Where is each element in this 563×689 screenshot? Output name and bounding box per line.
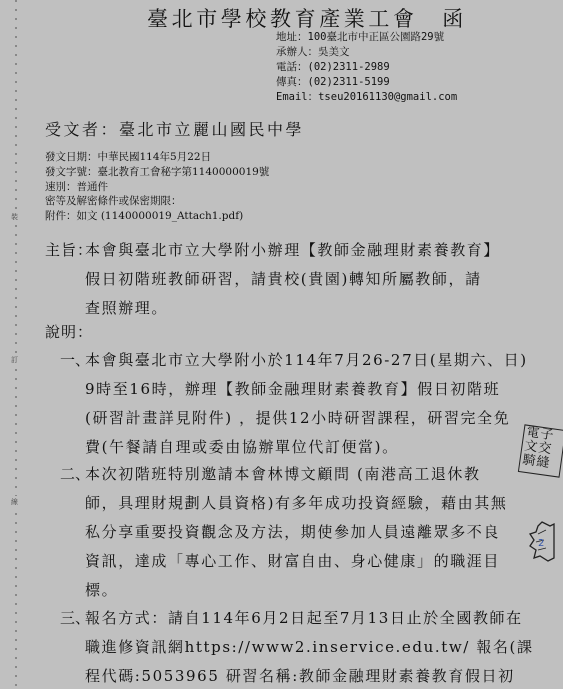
sender-phone: 電話：(02)2311-2989 — [276, 60, 457, 75]
delivery-speed: 速別：普通件 — [45, 180, 269, 195]
issue-date: 發文日期：中華民國114年5月22日 — [45, 150, 269, 165]
document-meta: 發文日期：中華民國114年5月22日 發文字號：臺北教育工會秘字第1140000… — [45, 150, 269, 224]
item-line: 資訊，達成「專心工作、財富自由、身心健康」的職涯目 — [85, 550, 500, 571]
secrecy-level: 密等及解密條件或保密期限： — [45, 194, 269, 209]
subject-line: 本會與臺北市立大學附小辦理【教師金融理財素養教育】 — [85, 236, 500, 265]
item-line: (研習計畫詳見附件) ，提供12小時研習課程，研習完全免 — [85, 407, 510, 428]
item-line: 職進修資訊網https://www2.inservice.edu.tw/ 報名(… — [85, 636, 534, 657]
recipient: 受文者：臺北市立麗山國民中學 — [45, 117, 304, 140]
binding-mark-xian: 線 — [11, 496, 18, 508]
sender-contact-person: 承辦人：吳美文 — [276, 45, 457, 60]
svg-text:2: 2 — [538, 538, 544, 549]
item-line: 本會與臺北市立大學附小於114年7月26-27日(星期六、日) — [85, 349, 528, 370]
sender-email: Email：tseu20161130@gmail.com — [276, 90, 457, 105]
subject-line: 假日初階班教師研習，請貴校(貴園)轉知所屬教師，請 — [85, 265, 482, 294]
item-line: 標。 — [85, 579, 118, 600]
binding-mark-zhuang: 裝 — [11, 211, 18, 223]
sender-info: 地址：100臺北市中正區公園路29號 承辦人：吳美文 電話：(02)2311-2… — [276, 30, 457, 105]
item-line: 本次初階班特別邀請本會林博文顧問 (南港高工退休教 — [85, 463, 481, 484]
subject-line: 查照辦理。 — [85, 294, 168, 323]
item-line: 費(午餐請自理或委由協辦單位代訂便當)。 — [85, 436, 399, 457]
document-title: 臺北市學校教育產業工會 函 — [147, 3, 467, 33]
document-number: 發文字號：臺北教育工會秘字第1140000019號 — [45, 165, 269, 180]
item-line: 程代碼:5053965 研習名稱:教師金融理財素養教育假日初 — [85, 665, 515, 686]
seal-stamp-icon: 2 — [528, 520, 556, 562]
binding-mark-ding: 訂 — [11, 354, 18, 366]
sender-fax: 傳真：(02)2311-5199 — [276, 75, 457, 90]
binding-dotted-line — [15, 0, 17, 689]
electronic-exchange-stamp: 電子 文交 騎縫 — [518, 424, 563, 477]
item-line: 9時至16時，辦理【教師金融理財素養教育】假日初階班 — [85, 378, 500, 399]
attachment-link[interactable]: 附件：如文 (1140000019_Attach1.pdf) — [45, 209, 269, 224]
sender-address: 地址：100臺北市中正區公園路29號 — [276, 30, 457, 45]
item-line: 師，具理財規劃人員資格)有多年成功投資經驗，藉由其無 — [85, 492, 507, 513]
explanation-label: 說明： — [45, 321, 93, 342]
item-line: 私分享重要投資觀念及方法，期使參加人員遠離眾多不良 — [85, 521, 500, 542]
item-line: 報名方式：請自114年6月2日起至7月13日止於全國教師在 — [85, 607, 523, 628]
